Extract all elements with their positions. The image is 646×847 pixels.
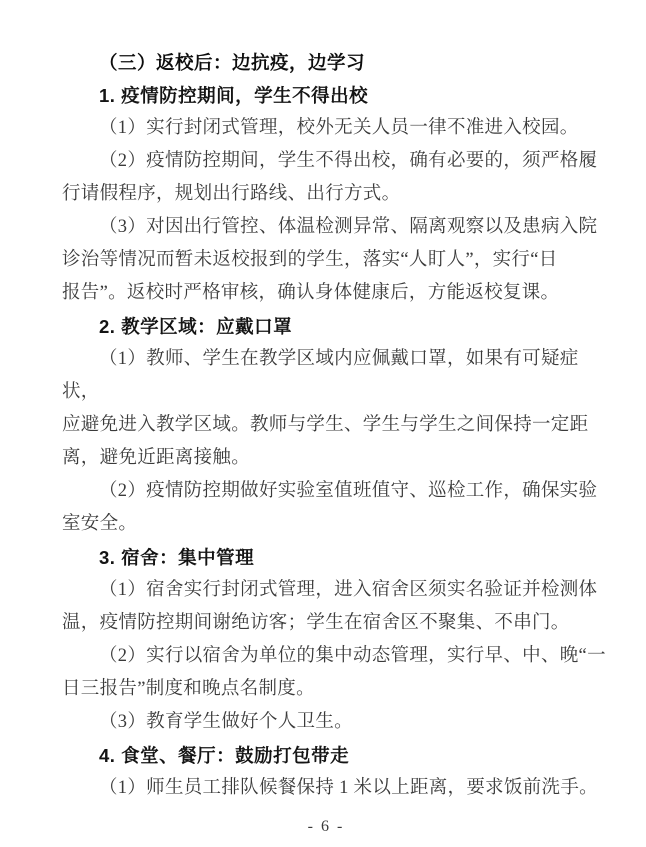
- document-page: （三）返校后：边抗疫，边学习 1. 疫情防控期间，学生不得出校 （1）实行封闭式…: [0, 0, 646, 847]
- document-content: （三）返校后：边抗疫，边学习 1. 疫情防控期间，学生不得出校 （1）实行封闭式…: [62, 46, 607, 837]
- section-heading: （三）返校后：边抗疫，边学习: [62, 46, 607, 79]
- paragraph: （1）教师、学生在教学区域内应佩戴口罩，如果有可疑症状， 应避免进入教学区域。教…: [62, 343, 607, 475]
- page-number: - 6 -: [62, 817, 590, 837]
- subsection-1-heading: 1. 疫情防控期间，学生不得出校: [62, 79, 607, 112]
- paragraph: （2）疫情防控期做好实验室值班值守、巡检工作，确保实验 室安全。: [62, 475, 607, 541]
- subsection-2-heading: 2. 教学区域：应戴口罩: [62, 310, 607, 343]
- subsection-4-heading: 4. 食堂、餐厅：鼓励打包带走: [62, 739, 607, 772]
- paragraph: （1）实行封闭式管理，校外无关人员一律不准进入校园。: [62, 112, 607, 145]
- paragraph: （2）实行以宿舍为单位的集中动态管理，实行早、中、晚“一 日三报告”制度和晚点名…: [62, 640, 607, 706]
- subsection-3-heading: 3. 宿舍：集中管理: [62, 541, 607, 574]
- paragraph: （2）疫情防控期间，学生不得出校，确有必要的，须严格履 行请假程序，规划出行路线…: [62, 145, 607, 211]
- paragraph: （1）师生员工排队候餐保持 1 米以上距离，要求饭前洗手。: [62, 772, 607, 805]
- paragraph: （3）教育学生做好个人卫生。: [62, 706, 607, 739]
- paragraph: （3）对因出行管控、体温检测异常、隔离观察以及患病入院 诊治等情况而暂未返校报到…: [62, 211, 607, 310]
- paragraph: （1）宿舍实行封闭式管理，进入宿舍区须实名验证并检测体 温，疫情防控期间谢绝访客…: [62, 574, 607, 640]
